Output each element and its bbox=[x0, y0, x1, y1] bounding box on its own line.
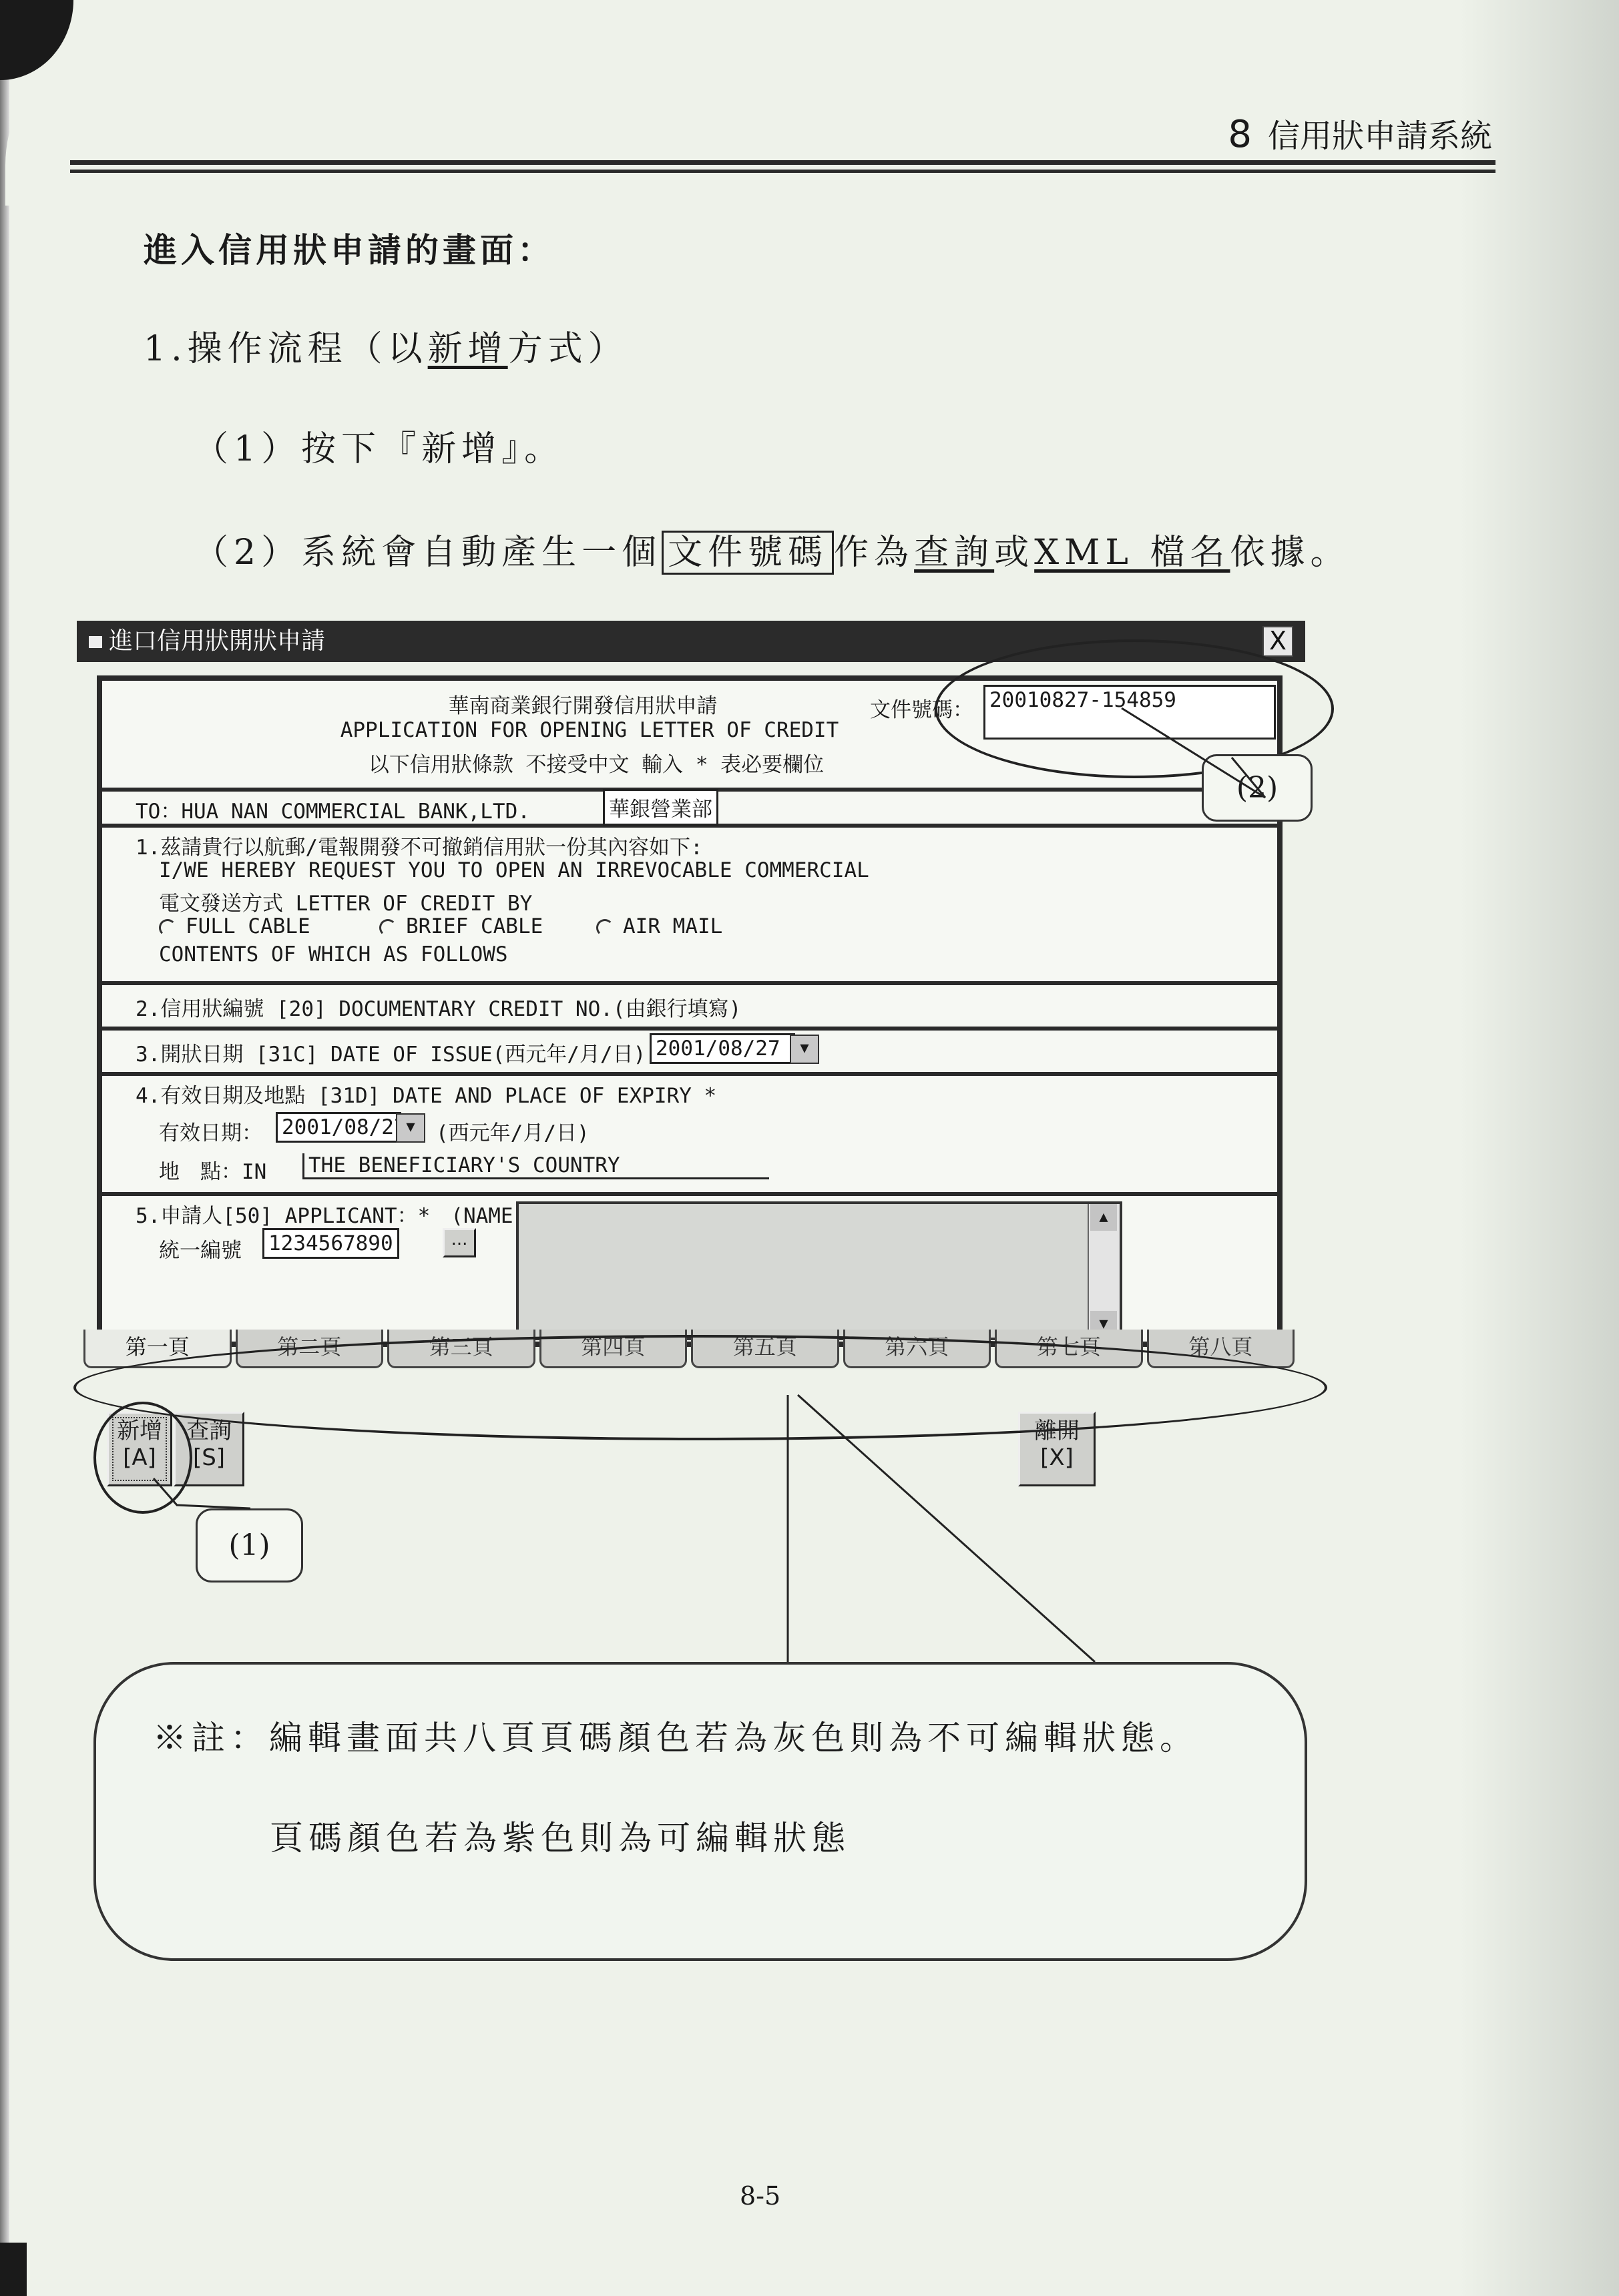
note-box: ※註：編輯畫面共八頁頁碼顏色若為灰色則為不可編輯狀態。 頁碼顏色若為紫色則為可編… bbox=[93, 1662, 1307, 1961]
note-line-1: ※註：編輯畫面共八頁頁碼顏色若為灰色則為不可編輯狀態。 bbox=[153, 1711, 1198, 1759]
page-number: 8-5 bbox=[740, 2181, 780, 2211]
note-line-2: 頁碼顏色若為紫色則為可編輯狀態 bbox=[270, 1811, 851, 1859]
